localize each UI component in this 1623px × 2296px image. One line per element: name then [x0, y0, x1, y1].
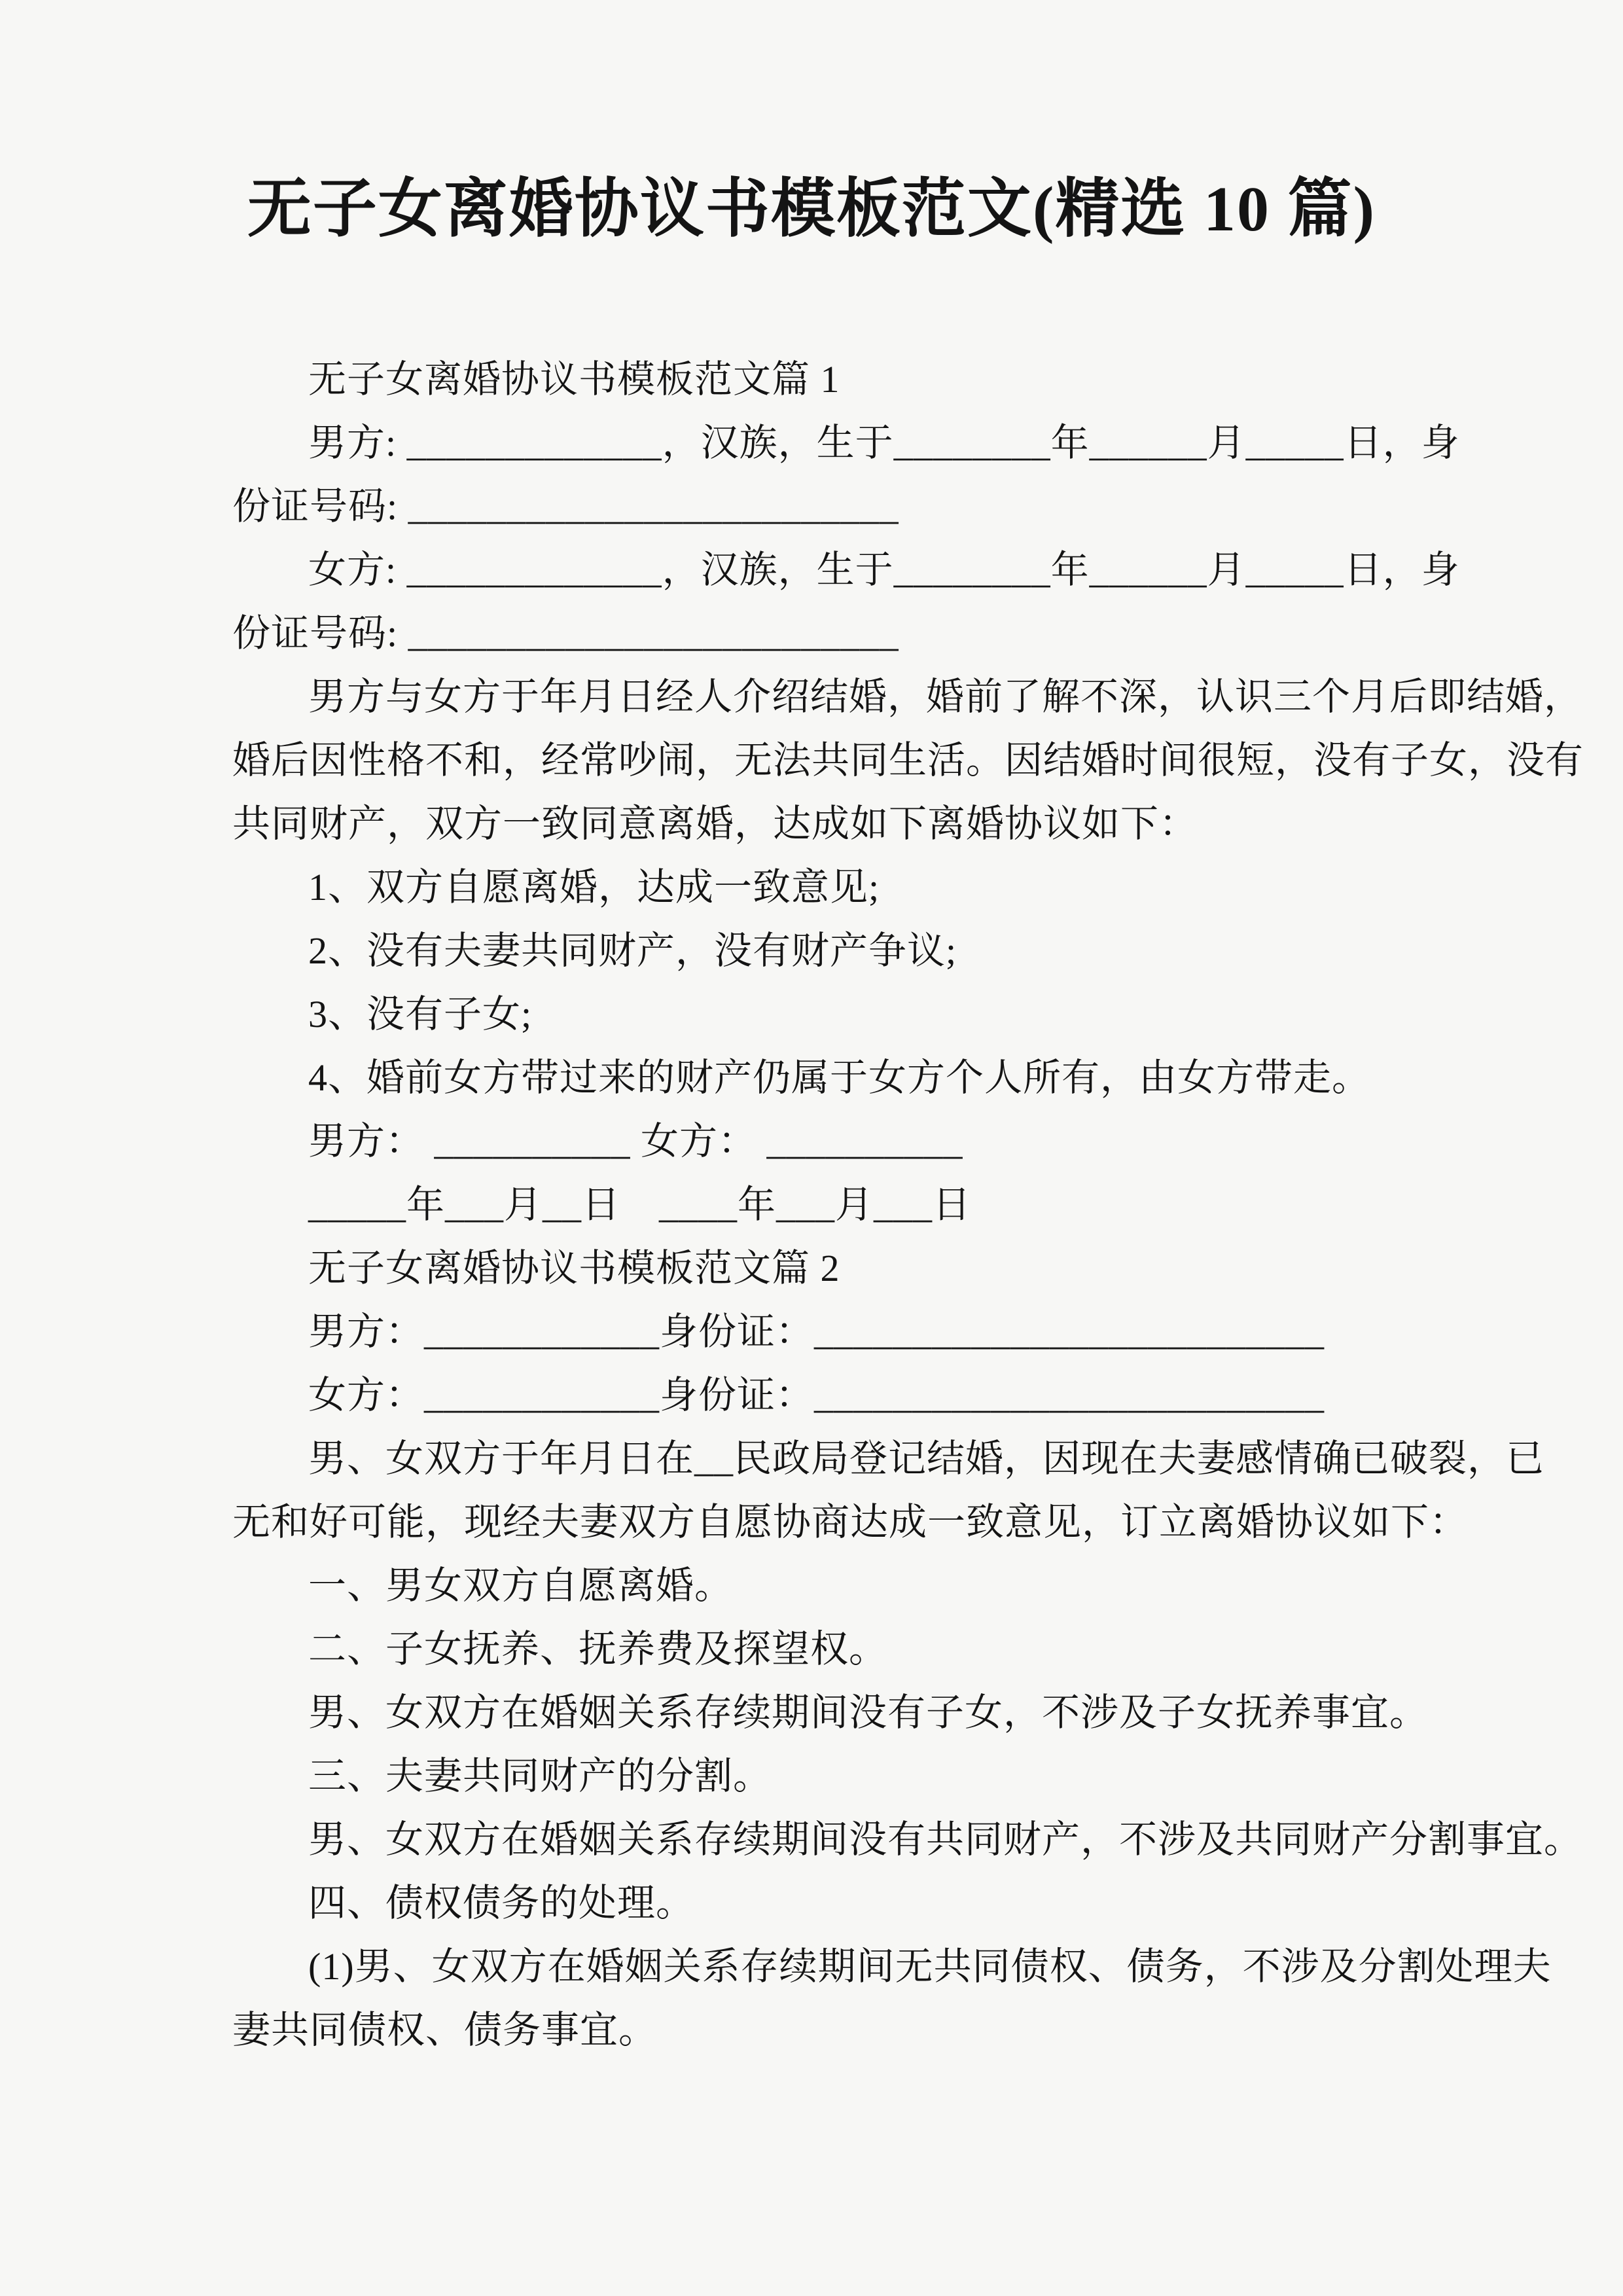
paragraph-line: 女方：____________身份证：_____________________… [232, 1363, 1391, 1427]
paragraph-line: 三、夫妻共同财产的分割。 [232, 1744, 1391, 1808]
paragraph-line: 男方： __________ 女方： __________ [232, 1109, 1391, 1173]
paragraph-line: 无和好可能，现经夫妻双方自愿协商达成一致意见，订立离婚协议如下： [232, 1490, 1391, 1554]
paragraph-line: 二、子女抚养、抚养费及探望权。 [232, 1617, 1391, 1681]
document-page: 无子女离婚协议书模板范文(精选 10 篇) 无子女离婚协议书模板范文篇 1男方:… [0, 0, 1623, 2296]
paragraph-line: 女方: _____________，汉族，生于________年______月_… [232, 538, 1391, 601]
paragraph-line: 婚后因性格不和，经常吵闹，无法共同生活。因结婚时间很短，没有子女，没有 [232, 728, 1391, 792]
paragraph-line: 共同财产，双方一致同意离婚，达成如下离婚协议如下： [232, 792, 1391, 855]
paragraph-line: 一、男女双方自愿离婚。 [232, 1554, 1391, 1617]
paragraph-line: (1)男、女双方在婚姻关系存续期间无共同债权、债务，不涉及分割处理夫 [232, 1935, 1391, 1998]
paragraph-line: 男方与女方于年月日经人介绍结婚，婚前了解不深，认识三个月后即结婚， [232, 665, 1391, 728]
paragraph-line: 1、双方自愿离婚，达成一致意见; [232, 855, 1391, 919]
document-body: 无子女离婚协议书模板范文篇 1男方: _____________，汉族，生于__… [0, 348, 1623, 2062]
paragraph-line: 四、债权债务的处理。 [232, 1871, 1391, 1935]
paragraph-line: 2、没有夫妻共同财产，没有财产争议; [232, 919, 1391, 982]
paragraph-line: 份证号码: _________________________ [232, 601, 1391, 665]
paragraph-line: 男方：____________身份证：_____________________… [232, 1300, 1391, 1363]
paragraph-line: 份证号码: _________________________ [232, 475, 1391, 538]
paragraph-line: 无子女离婚协议书模板范文篇 1 [232, 348, 1391, 411]
paragraph-line: 无子女离婚协议书模板范文篇 2 [232, 1236, 1391, 1300]
paragraph-line: 男、女双方于年月日在__民政局登记结婚，因现在夫妻感情确已破裂，已 [232, 1427, 1391, 1490]
paragraph-line: 3、没有子女; [232, 982, 1391, 1046]
paragraph-line: 男、女双方在婚姻关系存续期间没有共同财产，不涉及共同财产分割事宜。 [232, 1808, 1391, 1871]
paragraph-line: 男、女双方在婚姻关系存续期间没有子女，不涉及子女抚养事宜。 [232, 1681, 1391, 1744]
paragraph-line: 男方: _____________，汉族，生于________年______月_… [232, 411, 1391, 475]
document-title: 无子女离婚协议书模板范文(精选 10 篇) [0, 0, 1623, 264]
paragraph-line: 妻共同债权、债务事宜。 [232, 1998, 1391, 2062]
paragraph-line: _____年___月__日 ____年___月___日 [232, 1173, 1391, 1236]
paragraph-line: 4、婚前女方带过来的财产仍属于女方个人所有，由女方带走。 [232, 1046, 1391, 1109]
